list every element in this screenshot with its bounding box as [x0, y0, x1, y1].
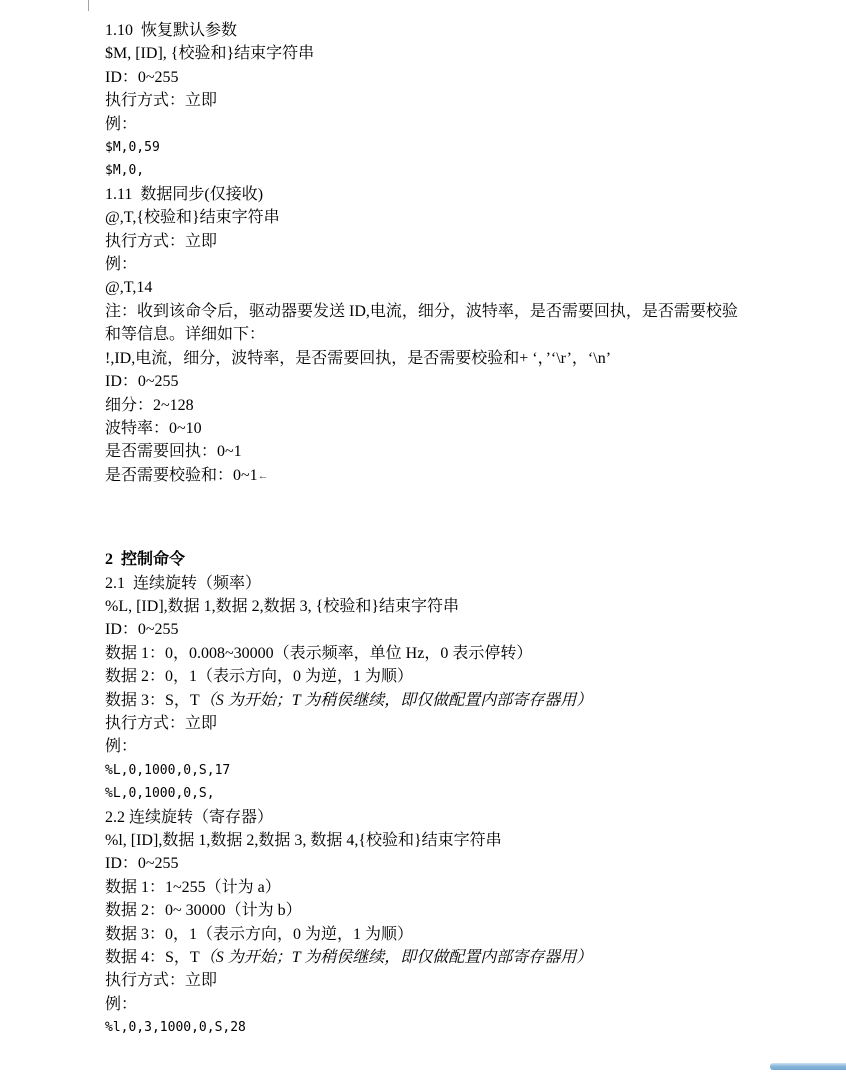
section-heading: 1.11 数据同步(仅接收)	[105, 183, 816, 206]
chapter-heading: 2 控制命令	[105, 548, 816, 571]
text-segment: 数据 3：S，T	[105, 692, 200, 709]
code-line: $M,0,59	[105, 136, 816, 159]
text-segment: 2.1 连续旋转（频率）	[105, 575, 261, 592]
code-line: %L,0,1000,0,S,	[105, 782, 816, 805]
text-line: 是否需要校验和：0~1←	[105, 464, 816, 488]
text-line: ID：0~255	[105, 370, 816, 393]
text-segment: （S 为开始；T 为稍侯继续，即仅做配置内部寄存器用）	[200, 692, 593, 709]
text-line: 数据 1：0，0.008~30000（表示频率，单位 Hz，0 表示停转）	[105, 642, 816, 665]
text-segment: 数据 4：S，T	[105, 949, 200, 966]
text-segment: $M,0,59	[105, 140, 160, 155]
code-line: %l,0,3,1000,0,S,28	[105, 1016, 816, 1039]
text-line: !,ID,电流，细分，波特率，是否需要回执，是否需要校验和+ ‘，’‘\r’，‘…	[105, 347, 816, 370]
text-line: 例：	[105, 113, 816, 136]
section-heading: 1.10 恢复默认参数	[105, 19, 816, 42]
text-segment: 执行方式：立即	[105, 715, 217, 732]
paragraph-return-mark: ←	[258, 470, 269, 482]
text-segment: 例：	[105, 996, 137, 1013]
code-line: %L,0,1000,0,S,17	[105, 759, 816, 782]
text-line: 执行方式：立即	[105, 969, 816, 992]
text-line: ID：0~255	[105, 618, 816, 641]
text-segment: $M, [ID], {校验和}结束字符串	[105, 45, 314, 62]
text-line: %L, [ID],数据 1,数据 2,数据 3, {校验和}结束字符串	[105, 595, 816, 618]
text-line: 细分：2~128	[105, 394, 816, 417]
text-line: $M, [ID], {校验和}结束字符串	[105, 42, 816, 65]
text-segment: 数据 2：0，1（表示方向，0 为逆，1 为顺）	[105, 668, 413, 685]
text-line: 数据 2：0，1（表示方向，0 为逆，1 为顺）	[105, 665, 816, 688]
section-gap	[105, 488, 816, 548]
horizontal-scrollbar-thumb[interactable]	[770, 1063, 846, 1070]
text-segment: 1.11 数据同步(仅接收)	[105, 186, 263, 203]
text-line: 是否需要回执：0~1	[105, 440, 816, 463]
text-segment: ID：0~255	[105, 373, 179, 390]
text-line: 数据 1：1~255（计为 a）	[105, 876, 816, 899]
text-line: @,T,14	[105, 276, 816, 299]
document-body: 1.10 恢复默认参数$M, [ID], {校验和}结束字符串ID：0~255执…	[105, 19, 816, 1040]
code-line: $M,0,	[105, 159, 816, 182]
text-line: 数据 4：S，T（S 为开始；T 为稍侯继续，即仅做配置内部寄存器用）	[105, 946, 816, 969]
text-line: 执行方式：立即	[105, 230, 816, 253]
text-line: 注：收到该命令后，驱动器要发送 ID,电流，细分，波特率，是否需要回执，是否需要…	[105, 300, 816, 323]
text-line: ID：0~255	[105, 852, 816, 875]
text-line: 例：	[105, 253, 816, 276]
text-line: 波特率：0~10	[105, 417, 816, 440]
text-segment: 数据 3：0，1（表示方向，0 为逆，1 为顺）	[105, 926, 413, 943]
text-segment: !,ID,电流，细分，波特率，是否需要回执，是否需要校验和+ ‘，’‘\r’，‘…	[105, 350, 611, 367]
text-line: ID：0~255	[105, 66, 816, 89]
section-heading: 2.2 连续旋转（寄存器）	[105, 806, 816, 829]
text-segment: @,T,14	[105, 279, 152, 296]
text-segment: 数据 1：1~255（计为 a）	[105, 879, 281, 896]
text-segment: 执行方式：立即	[105, 972, 217, 989]
text-segment: %L, [ID],数据 1,数据 2,数据 3, {校验和}结束字符串	[105, 598, 459, 615]
text-segment: 2.2 连续旋转（寄存器）	[105, 809, 273, 826]
section-heading: 2.1 连续旋转（频率）	[105, 572, 816, 595]
text-segment: 执行方式：立即	[105, 92, 217, 109]
text-line: %l, [ID],数据 1,数据 2,数据 3, 数据 4,{校验和}结束字符串	[105, 829, 816, 852]
text-segment: 细分：2~128	[105, 397, 194, 414]
text-line: 数据 3：S，T（S 为开始；T 为稍侯继续，即仅做配置内部寄存器用）	[105, 689, 816, 712]
text-segment: 例：	[105, 256, 137, 273]
text-segment: 例：	[105, 116, 137, 133]
text-segment: 例：	[105, 738, 137, 755]
text-segment: ID：0~255	[105, 855, 179, 872]
text-segment: %l,0,3,1000,0,S,28	[105, 1020, 246, 1035]
text-segment: ID：0~255	[105, 621, 179, 638]
text-segment: 是否需要校验和：0~1	[105, 467, 258, 484]
text-segment: $M,0,	[105, 163, 144, 178]
text-segment: 是否需要回执：0~1	[105, 443, 242, 460]
text-line: 执行方式：立即	[105, 89, 816, 112]
text-segment: %l, [ID],数据 1,数据 2,数据 3, 数据 4,{校验和}结束字符串	[105, 832, 502, 849]
text-segment: 和等信息。详细如下：	[105, 326, 265, 343]
text-segment: 数据 1：0，0.008~30000（表示频率，单位 Hz，0 表示停转）	[105, 645, 532, 662]
text-segment: 执行方式：立即	[105, 233, 217, 250]
text-segment: 数据 2：0~ 30000（计为 b）	[105, 902, 302, 919]
text-segment: @,T,{校验和}结束字符串	[105, 209, 280, 226]
text-segment: 1.10 恢复默认参数	[105, 22, 237, 39]
text-segment: ID：0~255	[105, 69, 179, 86]
text-segment: （S 为开始；T 为稍侯继续，即仅做配置内部寄存器用）	[200, 949, 593, 966]
text-line: @,T,{校验和}结束字符串	[105, 206, 816, 229]
text-segment: 波特率：0~10	[105, 420, 202, 437]
text-line: 数据 3：0，1（表示方向，0 为逆，1 为顺）	[105, 923, 816, 946]
text-segment: %L,0,1000,0,S,	[105, 786, 215, 801]
text-line: 数据 2：0~ 30000（计为 b）	[105, 899, 816, 922]
text-line: 和等信息。详细如下：	[105, 323, 816, 346]
text-line: 例：	[105, 993, 816, 1016]
text-segment: 2 控制命令	[105, 551, 185, 568]
text-line: 例：	[105, 735, 816, 758]
text-segment: 注：收到该命令后，驱动器要发送 ID,电流，细分，波特率，是否需要回执，是否需要…	[105, 303, 738, 320]
text-line: 执行方式：立即	[105, 712, 816, 735]
crop-tick-mark	[88, 0, 89, 11]
document-page: 1.10 恢复默认参数$M, [ID], {校验和}结束字符串ID：0~255执…	[0, 0, 846, 1072]
text-segment: %L,0,1000,0,S,17	[105, 763, 230, 778]
